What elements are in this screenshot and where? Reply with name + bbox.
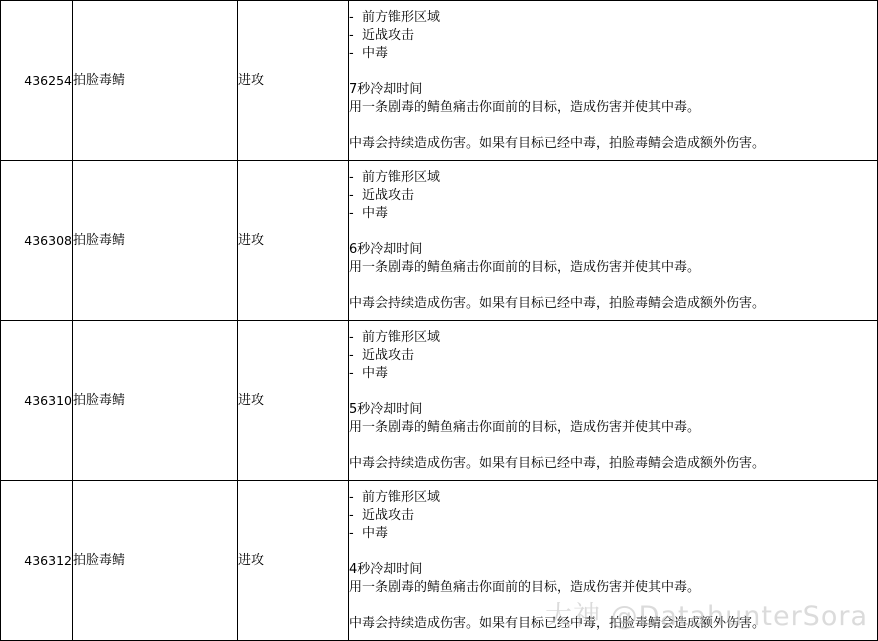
ability-id: 436312 xyxy=(1,481,73,641)
spacer xyxy=(349,597,877,615)
effect-text: 用一条剧毒的鲭鱼痛击你面前的目标，造成伤害并使其中毒。 xyxy=(349,99,877,117)
note-text: 中毒会持续造成伤害。如果有目标已经中毒，拍脸毒鲭会造成额外伤害。 xyxy=(349,455,877,473)
table-row: 436254 拍脸毒鲭 进攻 - 前方锥形区域 - 近战攻击 - 中毒 7秒冷却… xyxy=(1,1,878,161)
ability-description: - 前方锥形区域 - 近战攻击 - 中毒 7秒冷却时间 用一条剧毒的鲭鱼痛击你面… xyxy=(349,1,878,161)
spacer xyxy=(349,63,877,81)
note-text: 中毒会持续造成伤害。如果有目标已经中毒，拍脸毒鲭会造成额外伤害。 xyxy=(349,615,877,633)
ability-name: 拍脸毒鲭 xyxy=(73,481,238,641)
spacer xyxy=(349,117,877,135)
tag-line: - 近战攻击 xyxy=(349,507,877,525)
ability-name: 拍脸毒鲭 xyxy=(73,1,238,161)
tag-line: - 近战攻击 xyxy=(349,27,877,45)
ability-name: 拍脸毒鲭 xyxy=(73,161,238,321)
tag-line: - 近战攻击 xyxy=(349,187,877,205)
tag-line: - 中毒 xyxy=(349,525,877,543)
cooldown-text: 7秒冷却时间 xyxy=(349,81,877,99)
spacer xyxy=(349,383,877,401)
effect-text: 用一条剧毒的鲭鱼痛击你面前的目标，造成伤害并使其中毒。 xyxy=(349,579,877,597)
cooldown-text: 4秒冷却时间 xyxy=(349,561,877,579)
note-text: 中毒会持续造成伤害。如果有目标已经中毒，拍脸毒鲭会造成额外伤害。 xyxy=(349,295,877,313)
ability-description: - 前方锥形区域 - 近战攻击 - 中毒 5秒冷却时间 用一条剧毒的鲭鱼痛击你面… xyxy=(349,321,878,481)
ability-type: 进攻 xyxy=(238,321,349,481)
tag-line: - 近战攻击 xyxy=(349,347,877,365)
tag-line: - 中毒 xyxy=(349,205,877,223)
effect-text: 用一条剧毒的鲭鱼痛击你面前的目标，造成伤害并使其中毒。 xyxy=(349,419,877,437)
ability-table: 436254 拍脸毒鲭 进攻 - 前方锥形区域 - 近战攻击 - 中毒 7秒冷却… xyxy=(0,0,878,641)
ability-type: 进攻 xyxy=(238,1,349,161)
ability-id: 436310 xyxy=(1,321,73,481)
ability-id: 436254 xyxy=(1,1,73,161)
cooldown-text: 6秒冷却时间 xyxy=(349,241,877,259)
table-row: 436310 拍脸毒鲭 进攻 - 前方锥形区域 - 近战攻击 - 中毒 5秒冷却… xyxy=(1,321,878,481)
ability-type: 进攻 xyxy=(238,161,349,321)
tag-line: - 前方锥形区域 xyxy=(349,329,877,347)
tag-line: - 前方锥形区域 xyxy=(349,169,877,187)
ability-name: 拍脸毒鲭 xyxy=(73,321,238,481)
ability-description: - 前方锥形区域 - 近战攻击 - 中毒 6秒冷却时间 用一条剧毒的鲭鱼痛击你面… xyxy=(349,161,878,321)
spacer xyxy=(349,437,877,455)
table-row: 436312 拍脸毒鲭 进攻 - 前方锥形区域 - 近战攻击 - 中毒 4秒冷却… xyxy=(1,481,878,641)
tag-line: - 中毒 xyxy=(349,45,877,63)
tag-line: - 前方锥形区域 xyxy=(349,489,877,507)
spacer xyxy=(349,223,877,241)
table-row: 436308 拍脸毒鲭 进攻 - 前方锥形区域 - 近战攻击 - 中毒 6秒冷却… xyxy=(1,161,878,321)
ability-description: - 前方锥形区域 - 近战攻击 - 中毒 4秒冷却时间 用一条剧毒的鲭鱼痛击你面… xyxy=(349,481,878,641)
effect-text: 用一条剧毒的鲭鱼痛击你面前的目标，造成伤害并使其中毒。 xyxy=(349,259,877,277)
tag-line: - 前方锥形区域 xyxy=(349,9,877,27)
tag-line: - 中毒 xyxy=(349,365,877,383)
cooldown-text: 5秒冷却时间 xyxy=(349,401,877,419)
spacer xyxy=(349,543,877,561)
ability-id: 436308 xyxy=(1,161,73,321)
ability-type: 进攻 xyxy=(238,481,349,641)
spacer xyxy=(349,277,877,295)
note-text: 中毒会持续造成伤害。如果有目标已经中毒，拍脸毒鲭会造成额外伤害。 xyxy=(349,135,877,153)
